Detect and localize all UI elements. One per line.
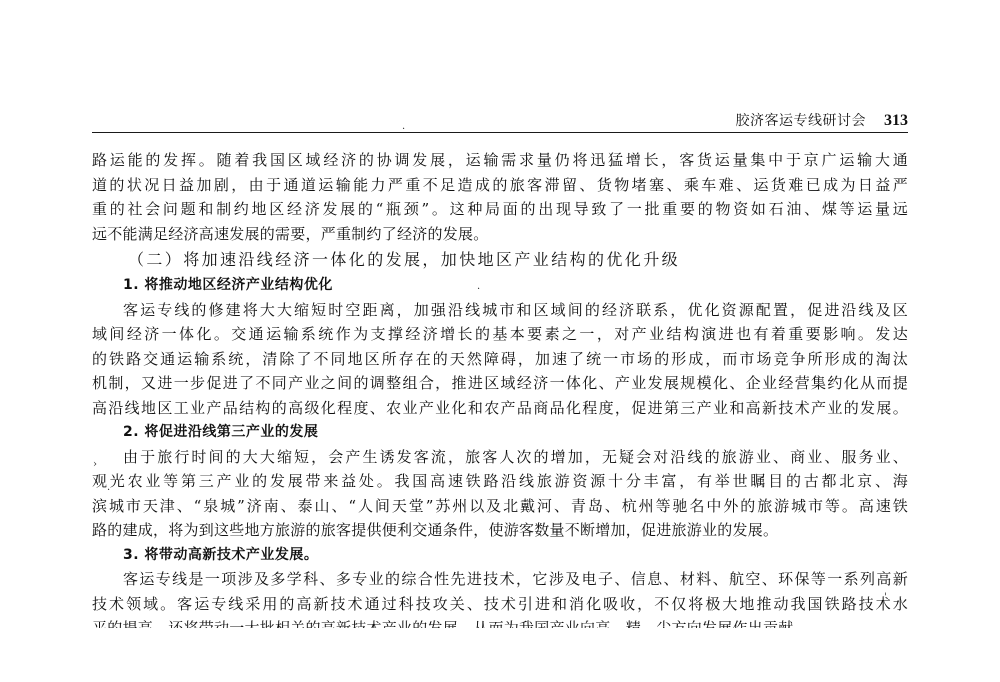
text-line: 域间经济一体化。交通运输系统作为支撑经济增长的基本要素之一，对产业结构演进也有着… xyxy=(92,322,908,347)
scan-speck: · xyxy=(107,485,110,496)
text-line: 客运专线的修建将大大缩短时空距离，加强沿线城市和区域间的经济联系，优化资源配置，… xyxy=(92,298,908,323)
text-line: 远不能满足经济高速发展的需要，严重制约了经济的发展。 xyxy=(92,222,908,247)
subsection-heading: 3. 将带动高新技术产业发展。 xyxy=(92,543,908,568)
page-number: 313 xyxy=(884,112,908,130)
text-line: 高沿线地区工业产品结构的高级化程度、农业产业化和农产品商品化程度，促进第三产业和… xyxy=(92,396,908,421)
subsection-2: 2. 将促进沿线第三产业的发展 由于旅行时间的大大缩短，会产生诱发客流，旅客人次… xyxy=(92,420,908,543)
scan-speck: ' xyxy=(884,592,887,603)
scan-speck: · xyxy=(819,595,822,606)
text-line: 观光农业等第三产业的发展带来益处。我国高速铁路沿线旅游资源十分丰富，有举世瞩目的… xyxy=(92,469,908,494)
subsection-heading: 1. 将推动地区经济产业结构优化 xyxy=(92,273,908,298)
scan-speck: › xyxy=(93,459,97,470)
text-line: 客运专线是一项涉及多学科、多专业的综合性先进技术，它涉及电子、信息、材料、航空、… xyxy=(92,567,908,592)
running-header: 胶济客运专线研讨会 313 xyxy=(92,104,908,133)
text-line: 由于旅行时间的大大缩短，会产生诱发客流，旅客人次的增加，无疑会对沿线的旅游业、商… xyxy=(92,445,908,470)
text-line: 技术领域。客运专线采用的高新技术通过科技攻关、技术引进和消化吸收，不仅将极大地推… xyxy=(92,592,908,617)
text-line: 道的状况日益加剧，由于通道运输能力严重不足造成的旅客滞留、货物堵塞、乘车难、运货… xyxy=(92,173,908,198)
scanned-book-page: 胶济客运专线研讨会 313 路运能的发挥。随着我国区域经济的协调发展，运输需求量… xyxy=(0,0,1000,682)
text-line: 路的建成，将为到这些地方旅游的旅客提供便利交通条件，使游客数量不断增加，促进旅游… xyxy=(92,518,908,543)
text-line: 机制，又进一步促进了不同产业之间的调整组合，推进区域经济一体化、产业发展规模化、… xyxy=(92,371,908,396)
text-line: 的铁路交通运输系统，清除了不同地区所存在的天然障碍，加速了统一市场的形成，而市场… xyxy=(92,347,908,372)
scan-speck: · xyxy=(402,124,405,135)
text-line-cutoff: 平的提高，还将带动一大批相关的高新技术产业的发展，从而为我国产业向高、精、尖方向… xyxy=(92,616,908,628)
subsection-3: 3. 将带动高新技术产业发展。 客运专线是一项涉及多学科、多专业的综合性先进技术… xyxy=(92,543,908,629)
header-title: 胶济客运专线研讨会 xyxy=(736,110,867,130)
intro-paragraph: 路运能的发挥。随着我国区域经济的协调发展，运输需求量仍将迅猛增长，客货运量集中于… xyxy=(92,148,908,246)
text-line: 路运能的发挥。随着我国区域经济的协调发展，运输需求量仍将迅猛增长，客货运量集中于… xyxy=(92,148,908,173)
scan-speck: · xyxy=(477,284,480,295)
section-heading: （二）将加速沿线经济一体化的发展，加快地区产业结构的优化升级 xyxy=(92,246,908,273)
text-line: 滨城市天津、“泉城”济南、泰山、“人间天堂”苏州以及北戴河、青岛、杭州等驰名中外… xyxy=(92,494,908,519)
subsection-1: 1. 将推动地区经济产业结构优化 客运专线的修建将大大缩短时空距离，加强沿线城市… xyxy=(92,273,908,420)
subsection-heading: 2. 将促进沿线第三产业的发展 xyxy=(92,420,908,445)
text-line: 重的社会问题和制约地区经济发展的“瓶颈”。这种局面的出现导致了一批重要的物资如石… xyxy=(92,197,908,222)
body-text: 路运能的发挥。随着我国区域经济的协调发展，运输需求量仍将迅猛增长，客货运量集中于… xyxy=(92,148,908,628)
